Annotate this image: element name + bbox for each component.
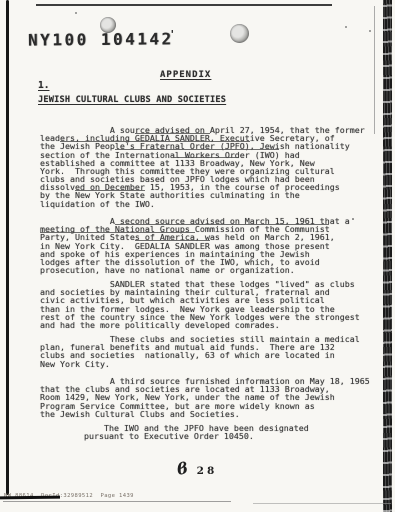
scan-top-edge: [36, 4, 332, 6]
scan-speck: [345, 26, 347, 28]
footer-rule: [3, 501, 231, 502]
paragraph-text: A source advised on April 27, 1954, that…: [40, 125, 365, 208]
item-number: 1.: [38, 80, 49, 91]
footer-rule: [253, 503, 391, 504]
paragraph-text: A third source furnished information on …: [40, 376, 370, 419]
handwritten-page-mark: ϐ28: [177, 459, 217, 478]
underline-mark: [115, 149, 279, 150]
underline-mark: [135, 240, 210, 241]
paragraph-text: The IWO and the JPFO have been designate…: [84, 423, 309, 441]
pen-stroke-glyph: ϐ: [176, 458, 189, 478]
section-title: JEWISH CULTURAL CLUBS AND SOCIETIES: [38, 95, 226, 105]
file-number-stamp: NY100 104142: [28, 29, 174, 49]
hole-punch-mark: [230, 24, 249, 43]
paragraph-text: These clubs and societies still maintain…: [40, 334, 360, 368]
appendix-heading: APPENDIX: [160, 70, 211, 80]
scan-speck: [75, 12, 77, 14]
underline-mark: [60, 141, 250, 142]
underline-mark: [174, 157, 239, 158]
underline-mark: [135, 133, 210, 134]
underline-mark: [40, 232, 195, 233]
scan-left-edge: [6, 0, 9, 495]
paragraph-text: SANDLER stated that these lodges "lived"…: [40, 279, 360, 330]
handwritten-page-number: 28: [197, 465, 218, 477]
underline-mark: [115, 224, 329, 225]
stamp-tick-mark: ': [169, 28, 176, 41]
scan-speck: [369, 30, 371, 32]
underline-mark: [75, 190, 145, 191]
scanned-document-page: NY100 104142 ' APPENDIX 1. JEWISH CULTUR…: [0, 0, 395, 512]
paragraph-designation-note: The IWO and the JPFO have been designate…: [84, 416, 309, 449]
scan-right-edge: [383, 0, 392, 512]
scan-right-fold-line: [374, 6, 375, 134]
paragraph-text: A second source advised on March 15, 196…: [40, 216, 350, 275]
